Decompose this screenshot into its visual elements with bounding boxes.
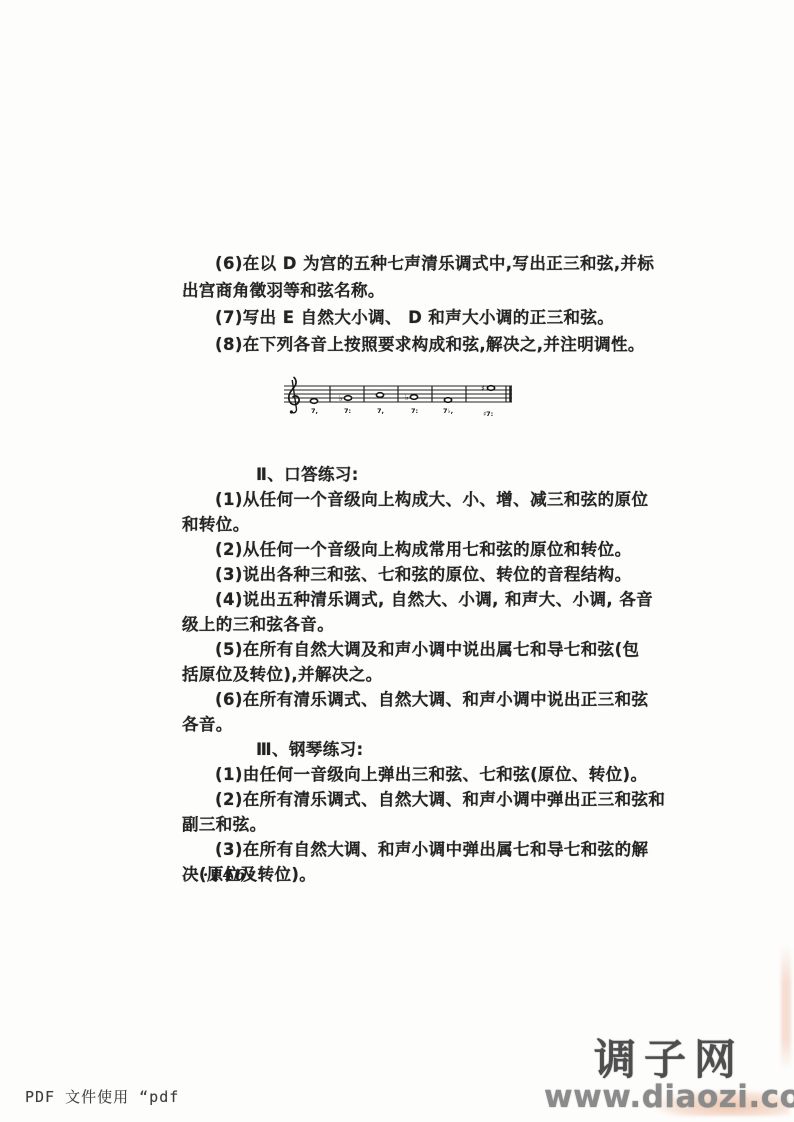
- exercise-line: 级上的三和弦各音。: [182, 612, 622, 637]
- staff-label: 7♭,: [443, 407, 453, 415]
- section-heading-piano: Ⅲ、钢琴练习:: [182, 737, 622, 762]
- svg-text:♭: ♭: [405, 393, 409, 402]
- site-watermark: 调子网 www.diaozi.com: [544, 1038, 794, 1112]
- text-column: (6)在以 D 为宫的五种七声清乐调式中,写出正三和弦,并标 出宫商角徵羽等和弦…: [182, 250, 622, 887]
- svg-text:♯: ♯: [481, 384, 485, 393]
- exercise-line: (2)在所有清乐调式、自然大调、和声小调中弹出正三和弦和: [182, 787, 622, 812]
- pdf-usage-note: PDF 文件使用 “pdf: [25, 1086, 179, 1107]
- oral-exercises-block: Ⅱ、口答练习: (1)从任何一个音级向上构成大、小、增、减三和弦的原位 和转位。…: [182, 462, 622, 737]
- exercise-line: 和转位。: [182, 512, 622, 537]
- exercise-line: 各音。: [182, 712, 622, 737]
- exercise-line: (3)说出各种三和弦、七和弦的原位、转位的音程结构。: [182, 562, 622, 587]
- svg-text:♭: ♭: [339, 394, 343, 403]
- exercise-line: (6)在所有清乐调式、自然大调、和声小调中说出正三和弦: [182, 687, 622, 712]
- treble-clef-icon: [289, 377, 299, 414]
- exercise-line: (3)在所有自然大调、和声小调中弹出属七和导七和弦的解: [182, 837, 622, 862]
- piano-exercises-block: Ⅲ、钢琴练习: (1)由任何一音级向上弹出三和弦、七和弦(原位、转位)。 (2)…: [182, 737, 622, 887]
- staff-label: 7,: [311, 407, 318, 415]
- exercise-line: (8)在下列各音上按照要求构成和弦,解决之,并注明调性。: [182, 331, 622, 358]
- staff-label: 7:: [344, 407, 351, 415]
- exercise-line: (1)从任何一个音级向上构成大、小、增、减三和弦的原位: [182, 487, 622, 512]
- exercise-line: (5)在所有自然大调及和声小调中说出属七和导七和弦(包: [182, 637, 622, 662]
- written-exercises-block: (6)在以 D 为宫的五种七声清乐调式中,写出正三和弦,并标 出宫商角徵羽等和弦…: [182, 250, 622, 358]
- staff-figure-labels: 7, 7: 7, 7: 7♭, ♯7:: [311, 407, 493, 418]
- exercise-line: 副三和弦。: [182, 812, 622, 837]
- exercise-line: 出宫商角徵羽等和弦名称。: [182, 277, 622, 304]
- watermark-brand: 调子网: [544, 1038, 794, 1082]
- staff-label: 7,: [377, 407, 384, 415]
- scanned-document-page: (6)在以 D 为宫的五种七声清乐调式中,写出正三和弦,并标 出宫商角徵羽等和弦…: [0, 0, 794, 1122]
- page-number: ·146·: [203, 866, 255, 884]
- section-heading-oral: Ⅱ、口答练习:: [182, 462, 622, 487]
- exercise-line: (1)由任何一音级向上弹出三和弦、七和弦(原位、转位)。: [182, 762, 622, 787]
- exercise-line: (4)说出五种清乐调式, 自然大、小调, 和声大、小调, 各音: [182, 587, 622, 612]
- watermark-url: www.diaozi.com: [544, 1082, 794, 1112]
- exercise-line: (7)写出 E 自然大小调、 D 和声大小调的正三和弦。: [182, 304, 622, 331]
- exercise-line: (6)在以 D 为宫的五种七声清乐调式中,写出正三和弦,并标: [182, 250, 622, 277]
- staff-label: 7:: [411, 407, 418, 415]
- staff-label: ♯7:: [483, 410, 493, 418]
- exercise-line: 括原位及转位),并解决之。: [182, 662, 622, 687]
- exercise-line: (2)从任何一个音级向上构成常用七和弦的原位和转位。: [182, 537, 622, 562]
- music-staff-figure: ♭ ♭ ♯ 7, 7: 7, 7: 7♭, ♯7:: [278, 372, 520, 426]
